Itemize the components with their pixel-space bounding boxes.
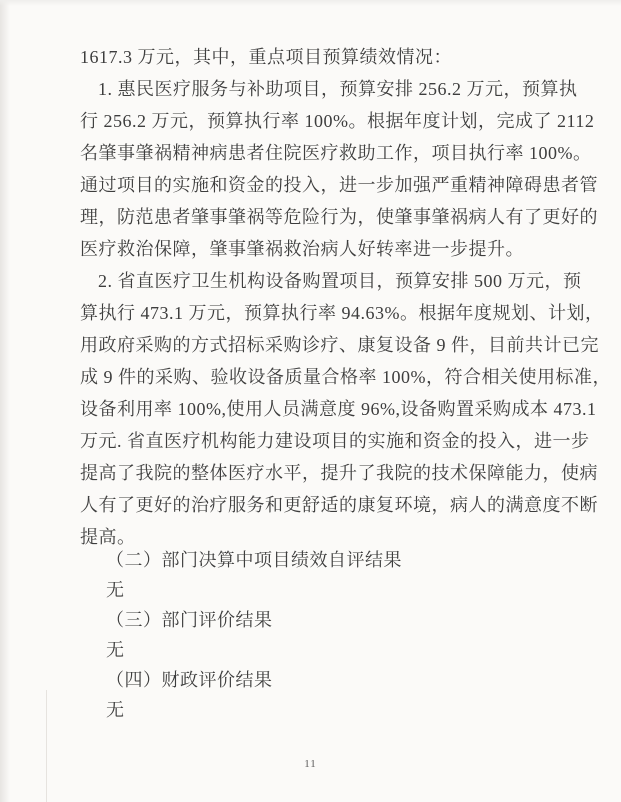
section-heading: （二）部门决算中项目绩效自评结果 [106, 545, 585, 575]
text-line: 通过项目的实施和资金的投入，进一步加强严重精神障碍患者管 [80, 169, 585, 201]
evaluation-results-block: （二）部门决算中项目绩效自评结果 无 （三）部门评价结果 无 （四）财政评价结果… [80, 545, 585, 725]
text-line: 1617.3 万元，其中，重点项目预算绩效情况： [80, 41, 585, 73]
document-page: 1617.3 万元，其中，重点项目预算绩效情况： 1. 惠民医疗服务与补助项目，… [0, 0, 621, 802]
text-line: 提高了我院的整体医疗水平，提升了我院的技术保障能力，使病 [80, 457, 585, 489]
section-value: 无 [106, 575, 585, 605]
text-line: 算执行 473.1 万元，预算执行率 94.63%。根据年度规划、计划， [80, 297, 585, 329]
text-line: 人有了更好的治疗服务和更舒适的康复环境，病人的满意度不断 [80, 489, 585, 521]
scan-artifact-line [46, 690, 47, 802]
text-line: 设备利用率 100%,使用人员满意度 96%,设备购置采购成本 473.1 [80, 393, 585, 425]
section-value: 无 [106, 695, 585, 725]
page-number: 11 [0, 758, 621, 770]
text-line: 用政府采购的方式招标采购诊疗、康复设备 9 件，目前共计已完 [80, 329, 585, 361]
text-line: 理，防范患者肇事肇祸等危险行为，使肇事肇祸病人有了更好的 [80, 201, 585, 233]
section-heading: （四）财政评价结果 [106, 665, 585, 695]
scan-edge-left-shadow [0, 0, 10, 802]
section-heading: （三）部门评价结果 [106, 605, 585, 635]
text-line: 成 9 件的采购、验收设备质量合格率 100%，符合相关使用标准， [80, 361, 585, 393]
body-text-block: 1617.3 万元，其中，重点项目预算绩效情况： 1. 惠民医疗服务与补助项目，… [80, 41, 585, 553]
text-line: 2. 省直医疗卫生机构设备购置项目，预算安排 500 万元，预 [80, 265, 585, 297]
text-line: 行 256.2 万元，预算执行率 100%。根据年度计划，完成了 2112 [80, 105, 585, 137]
section-value: 无 [106, 635, 585, 665]
text-line: 名肇事肇祸精神病患者住院医疗救助工作，项目执行率 100%。 [80, 137, 585, 169]
scan-edge-top-shadow [0, 0, 621, 6]
text-line: 1. 惠民医疗服务与补助项目，预算安排 256.2 万元，预算执 [80, 73, 585, 105]
text-line: 医疗救治保障，肇事肇祸救治病人好转率进一步提升。 [80, 233, 585, 265]
text-line: 万元. 省直医疗机构能力建设项目的实施和资金的投入，进一步 [80, 425, 585, 457]
